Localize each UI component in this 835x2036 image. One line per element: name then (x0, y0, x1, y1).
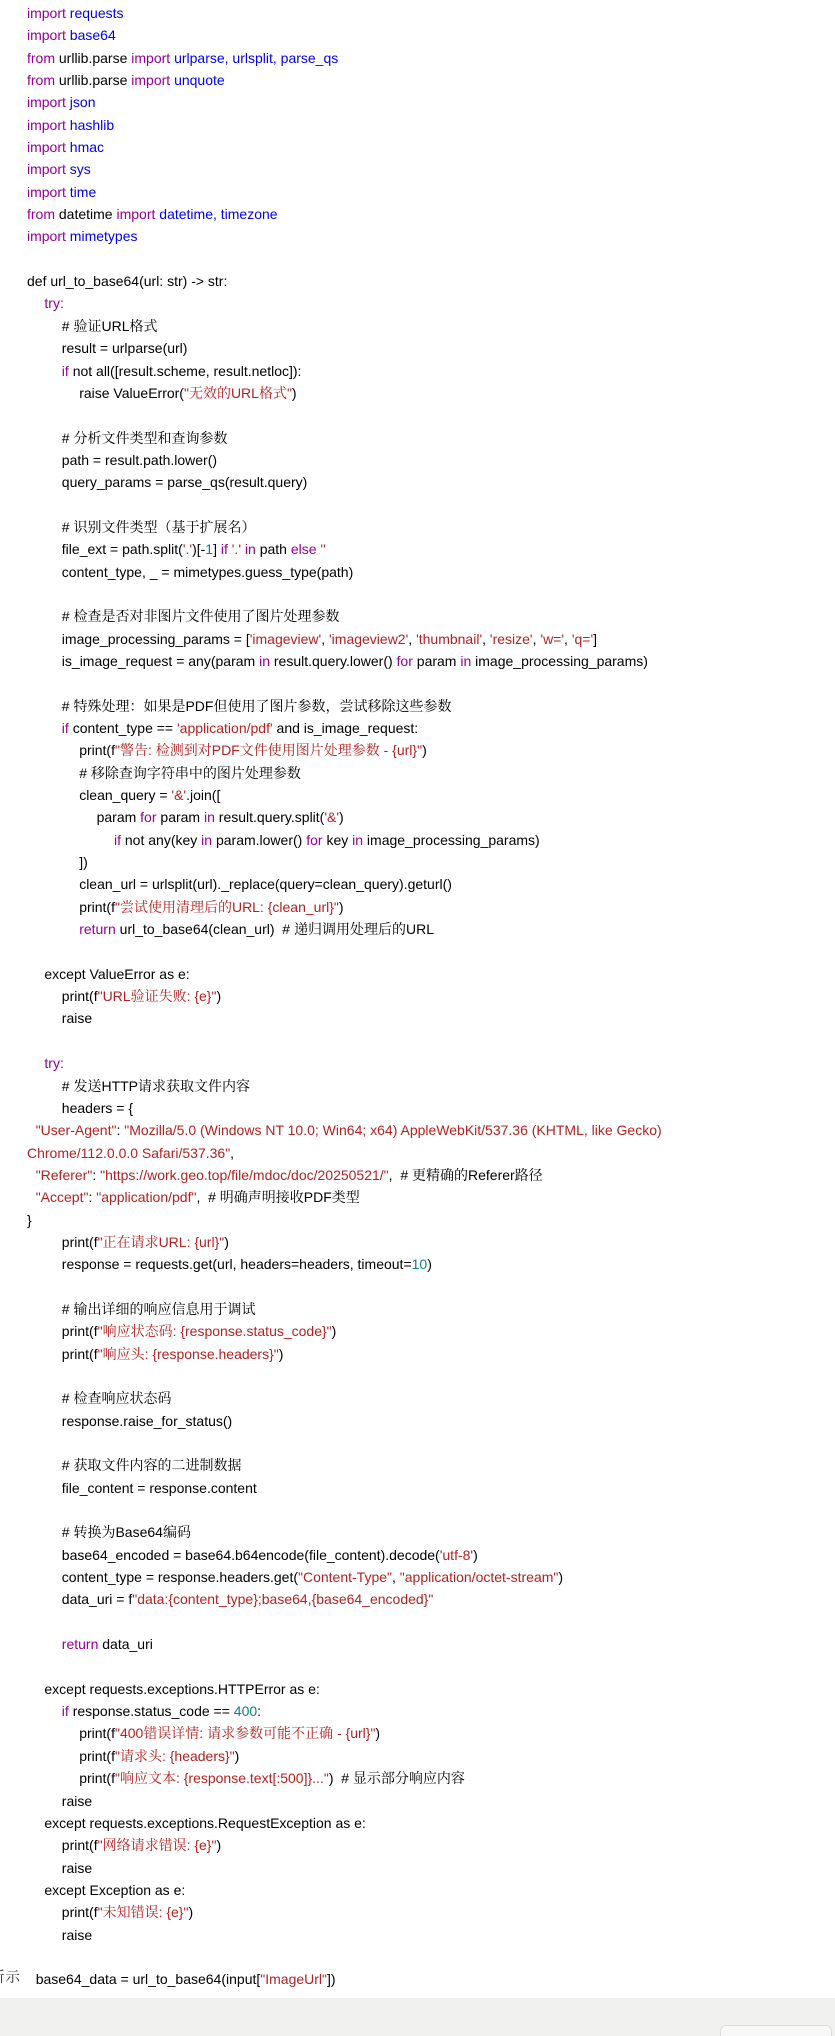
code-line: raise (0, 1857, 835, 1879)
code-token: print(f (79, 899, 115, 915)
code-token: datetime (59, 206, 117, 222)
code-blank-line (0, 1499, 835, 1521)
code-token: 'utf-8' (440, 1547, 473, 1563)
code-token: in (204, 809, 219, 825)
code-token: clean_url = urlsplit(url)._replace(query… (79, 876, 452, 892)
code-token: ) (188, 1904, 193, 1920)
code-line: ]) (0, 851, 835, 873)
code-token: print(f (62, 1234, 98, 1250)
code-token: path (260, 541, 291, 557)
code-token: in (201, 832, 216, 848)
code-line: import mimetypes (0, 225, 835, 247)
code-token: "User-Agent" (36, 1122, 117, 1138)
code-token: , (230, 1145, 234, 1161)
code-token: , (482, 631, 490, 647)
code-token: from (27, 50, 59, 66)
code-line: import hmac (0, 136, 835, 158)
code-token: ) (339, 809, 344, 825)
code-line: file_content = response.content (0, 1477, 835, 1499)
code-token: datetime, timezone (159, 206, 277, 222)
code-token: ) (473, 1547, 478, 1563)
code-line: from urllib.parse import unquote (0, 69, 835, 91)
code-token: not all([result.scheme, result.netloc]): (73, 363, 302, 379)
code-token: .join([ (186, 787, 220, 803)
code-token: } (27, 1212, 32, 1228)
code-token: ) (216, 1837, 221, 1853)
code-token: if (62, 363, 73, 379)
code-line: result = urlparse(url) (0, 337, 835, 359)
code-blank-line (0, 1276, 835, 1298)
code-token: ) (279, 1346, 284, 1362)
code-line: # 转换为Base64编码 (0, 1521, 835, 1543)
code-token: content_type == (73, 720, 177, 736)
code-token: print(f (62, 1837, 98, 1853)
code-token: '.' (183, 541, 192, 557)
code-blank-line (0, 1611, 835, 1633)
code-line: # 特殊处理：如果是PDF但使用了图片参数，尝试移除这些参数 (0, 695, 835, 717)
code-line: print(f"URL验证失败: {e}") (0, 985, 835, 1007)
code-token: ) (339, 899, 344, 915)
code-token: "application/pdf" (96, 1189, 196, 1205)
code-token: # 验证URL格式 (62, 318, 158, 334)
code-token: # 发送HTTP请求获取文件内容 (62, 1078, 250, 1094)
code-line: base64_data = url_to_base64(input["Image… (0, 1968, 835, 1990)
code-token: hashlib (70, 117, 114, 133)
code-token: 10 (412, 1256, 428, 1272)
code-token: except requests.exceptions.RequestExcept… (44, 1815, 365, 1831)
code-token: result = urlparse(url) (62, 340, 188, 356)
clipped-caption-text: 所示 (0, 1966, 21, 1987)
code-token: ) (375, 1725, 380, 1741)
code-token: ) # 显示部分响应内容 (329, 1770, 465, 1786)
code-token: in (241, 541, 260, 557)
code-line: raise (0, 1924, 835, 1946)
code-line: import time (0, 181, 835, 203)
code-token: "响应头: {response.headers}" (98, 1346, 279, 1362)
code-line: if not any(key in param.lower() for key … (0, 829, 835, 851)
code-token: # 转换为Base64编码 (62, 1524, 191, 1540)
code-token: data_uri (102, 1636, 153, 1652)
code-blank-line (0, 583, 835, 605)
code-token: hmac (70, 139, 104, 155)
code-token: , (321, 631, 329, 647)
code-line: response.raise_for_status() (0, 1410, 835, 1432)
code-token: import (27, 94, 70, 110)
code-line: import base64 (0, 24, 835, 46)
code-line: try: (0, 292, 835, 314)
code-token: response.status_code == (73, 1703, 234, 1719)
code-blank-line (0, 1030, 835, 1052)
code-token: "Referer" (36, 1167, 93, 1183)
code-blank-line (0, 672, 835, 694)
code-line: if content_type == 'application/pdf' and… (0, 717, 835, 739)
code-token: 'imageview' (250, 631, 321, 647)
code-token: ) (422, 742, 427, 758)
code-token: ) (332, 1323, 337, 1339)
code-line: "Referer": "https://work.geo.top/file/md… (0, 1164, 835, 1186)
code-token: query_params = parse_qs(result.query) (62, 474, 308, 490)
code-token: else (291, 541, 321, 557)
code-line: print(f"正在请求URL: {url}") (0, 1231, 835, 1253)
code-line: return data_uri (0, 1633, 835, 1655)
code-token: in (259, 653, 274, 669)
code-line: data_uri = f"data:{content_type};base64,… (0, 1588, 835, 1610)
code-token: 400 (234, 1703, 257, 1719)
code-line: # 验证URL格式 (0, 315, 835, 337)
code-line: file_ext = path.split('.')[-1] if '.' in… (0, 538, 835, 560)
code-line: base64_encoded = base64.b64encode(file_c… (0, 1544, 835, 1566)
code-token: return (62, 1636, 102, 1652)
code-line: content_type = response.headers.get("Con… (0, 1566, 835, 1588)
code-token: # 检查是否对非图片文件使用了图片处理参数 (62, 608, 340, 624)
code-token: if (221, 541, 232, 557)
code-blank-line (0, 494, 835, 516)
footer-gray-bar (0, 1998, 835, 2036)
code-token: import (27, 5, 70, 21)
code-line: # 获取文件内容的二进制数据 (0, 1454, 835, 1476)
code-token: requests (70, 5, 124, 21)
code-token: 'imageview2' (329, 631, 408, 647)
code-line: return url_to_base64(clean_url) # 递归调用处理… (0, 918, 835, 940)
code-token: base64 (70, 27, 116, 43)
code-token: in (460, 653, 475, 669)
code-token: import (27, 161, 70, 177)
code-line: headers = { (0, 1097, 835, 1119)
code-token: image_processing_params) (367, 832, 540, 848)
code-blank-line (0, 1655, 835, 1677)
code-token: sys (70, 161, 91, 177)
code-line: from urllib.parse import urlparse, urlsp… (0, 47, 835, 69)
code-token: and is_image_request: (273, 720, 419, 736)
code-token: '.' (232, 541, 241, 557)
code-token: base64_encoded = base64.b64encode(file_c… (62, 1547, 440, 1563)
code-token: print(f (62, 1346, 98, 1362)
code-token: if (62, 720, 73, 736)
code-token: # 分析文件类型和查询参数 (62, 430, 228, 446)
code-line: image_processing_params = ['imageview', … (0, 628, 835, 650)
code-token: print(f (79, 1725, 115, 1741)
code-line: try: (0, 1052, 835, 1074)
code-token: base64_data = url_to_base64(input[ (36, 1971, 261, 1987)
code-token: return (79, 921, 119, 937)
code-token: "未知错误: {e}" (98, 1904, 189, 1920)
code-line: # 移除查询字符串中的图片处理参数 (0, 762, 835, 784)
code-line: import hashlib (0, 114, 835, 136)
code-token: "正在请求URL: {url}" (98, 1234, 225, 1250)
code-token: 1 (205, 541, 213, 557)
code-token: # 识别文件类型（基于扩展名） (62, 519, 256, 535)
code-token: ) (292, 385, 297, 401)
code-line: import json (0, 91, 835, 113)
code-token: except Exception as e: (44, 1882, 185, 1898)
code-token: result.query.split( (219, 809, 325, 825)
code-token: import (27, 228, 70, 244)
code-token: not any(key (125, 832, 201, 848)
code-line: # 输出详细的响应信息用于调试 (0, 1298, 835, 1320)
code-line: # 检查是否对非图片文件使用了图片处理参数 (0, 605, 835, 627)
code-token: time (70, 184, 96, 200)
code-line: except requests.exceptions.HTTPError as … (0, 1678, 835, 1700)
code-token: 'q=' (572, 631, 593, 647)
code-line: is_image_request = any(param in result.q… (0, 650, 835, 672)
code-token: import (27, 184, 70, 200)
code-token: print(f (79, 742, 115, 758)
code-line: except ValueError as e: (0, 963, 835, 985)
code-token: "无效的URL格式" (184, 385, 292, 401)
code-token: import (131, 50, 174, 66)
code-token: "网络请求错误: {e}" (98, 1837, 217, 1853)
code-token: )[- (192, 541, 205, 557)
code-line: print(f"400错误详情: 请求参数可能不正确 - {url}") (0, 1722, 835, 1744)
code-token: print(f (62, 1323, 98, 1339)
code-token: raise (62, 1860, 92, 1876)
code-token: data_uri = f (62, 1591, 132, 1607)
code-token: for (140, 809, 160, 825)
code-token: param.lower() (216, 832, 306, 848)
code-token: ) (558, 1569, 563, 1585)
code-token: content_type = response.headers.get( (62, 1569, 298, 1585)
code-line: print(f"未知错误: {e}") (0, 1901, 835, 1923)
code-token: import (131, 72, 174, 88)
code-token: raise (62, 1927, 92, 1943)
code-line: content_type, _ = mimetypes.guess_type(p… (0, 561, 835, 583)
code-token: 'thumbnail' (416, 631, 482, 647)
code-token: url_to_base64(clean_url) # 递归调用处理后的URL (120, 921, 434, 937)
code-token: response = requests.get(url, headers=hea… (62, 1256, 412, 1272)
code-blank-line (0, 404, 835, 426)
code-line: print(f"请求头: {headers}") (0, 1745, 835, 1767)
code-line: # 检查响应状态码 (0, 1387, 835, 1409)
code-line: print(f"尝试使用清理后的URL: {clean_url}") (0, 896, 835, 918)
code-line: def url_to_base64(url: str) -> str: (0, 270, 835, 292)
code-line: Chrome/112.0.0.0 Safari/537.36", (0, 1142, 835, 1164)
code-token: urllib.parse (59, 72, 131, 88)
code-token: print(f (79, 1748, 115, 1764)
code-token: import (27, 139, 70, 155)
code-token: print(f (79, 1770, 115, 1786)
code-line: clean_query = '&'.join([ (0, 784, 835, 806)
code-token: 'application/pdf' (177, 720, 273, 736)
code-token: : (92, 1167, 100, 1183)
code-token: '' (320, 541, 325, 557)
code-token: except requests.exceptions.HTTPError as … (44, 1681, 319, 1697)
code-token: file_ext = path.split( (62, 541, 183, 557)
code-line: # 分析文件类型和查询参数 (0, 427, 835, 449)
code-token: key (326, 832, 352, 848)
code-token: '&' (171, 787, 186, 803)
code-token: path = result.path.lower() (62, 452, 217, 468)
code-token: mimetypes (70, 228, 138, 244)
code-block: import requestsimport base64from urllib.… (0, 2, 835, 1991)
code-token: param (417, 653, 461, 669)
code-line: import requests (0, 2, 835, 24)
code-token: "ImageUrl" (260, 1971, 327, 1987)
code-token: # 移除查询字符串中的图片处理参数 (79, 765, 301, 781)
code-blank-line (0, 1365, 835, 1387)
code-line: print(f"响应头: {response.headers}") (0, 1343, 835, 1365)
code-token: print(f (62, 1904, 98, 1920)
code-blank-line (0, 1946, 835, 1968)
code-token: "Content-Type" (298, 1569, 392, 1585)
code-token: "https://work.geo.top/file/mdoc/doc/2025… (100, 1167, 389, 1183)
code-blank-line (0, 1432, 835, 1454)
code-token: ]) (327, 1971, 336, 1987)
code-token: "警告: 检测到对PDF文件使用图片处理参数 - {url}" (115, 742, 422, 758)
code-token: is_image_request = any(param (62, 653, 259, 669)
code-token: ] (593, 631, 597, 647)
code-token: "尝试使用清理后的URL: {clean_url}" (115, 899, 339, 915)
code-token: , # 更精确的Referer路径 (389, 1167, 543, 1183)
code-token: 'resize' (490, 631, 533, 647)
code-token: ) (224, 1234, 229, 1250)
code-token: except ValueError as e: (44, 966, 189, 982)
code-token: def url_to_base64(url: str) -> str: (27, 273, 227, 289)
code-line: raise ValueError("无效的URL格式") (0, 382, 835, 404)
code-token: '&' (324, 809, 339, 825)
code-line: raise (0, 1790, 835, 1812)
code-token: # 输出详细的响应信息用于调试 (62, 1301, 256, 1317)
bottom-right-button-edge[interactable] (720, 2025, 832, 2036)
code-line: query_params = parse_qs(result.query) (0, 471, 835, 493)
code-token: import (116, 206, 159, 222)
code-token: try: (44, 1055, 63, 1071)
code-token: "Mozilla/5.0 (Windows NT 10.0; Win64; x6… (124, 1122, 661, 1138)
code-token: headers = { (62, 1100, 133, 1116)
code-line: path = result.path.lower() (0, 449, 835, 471)
code-token: # 获取文件内容的二进制数据 (62, 1457, 242, 1473)
code-token: ] (213, 541, 221, 557)
code-line: # 识别文件类型（基于扩展名） (0, 516, 835, 538)
code-line: clean_url = urlsplit(url)._replace(query… (0, 873, 835, 895)
code-token: from (27, 72, 59, 88)
code-line: print(f"警告: 检测到对PDF文件使用图片处理参数 - {url}") (0, 739, 835, 761)
code-token: # 检查响应状态码 (62, 1390, 172, 1406)
code-token: json (70, 94, 96, 110)
code-token: import (27, 27, 70, 43)
code-line: except Exception as e: (0, 1879, 835, 1901)
code-line: import sys (0, 158, 835, 180)
code-token: # 特殊处理：如果是PDF但使用了图片参数，尝试移除这些参数 (62, 698, 452, 714)
code-token: for (306, 832, 326, 848)
code-token: Chrome/112.0.0.0 Safari/537.36" (27, 1145, 230, 1161)
code-token: clean_query = (79, 787, 171, 803)
code-token: response.raise_for_status() (62, 1413, 232, 1429)
code-token: raise ValueError( (79, 385, 184, 401)
code-line: if not all([result.scheme, result.netloc… (0, 360, 835, 382)
code-token: ]) (79, 854, 88, 870)
code-token: in (352, 832, 367, 848)
code-token: "请求头: {headers}" (115, 1748, 235, 1764)
code-token: urllib.parse (59, 50, 131, 66)
code-token: content_type, _ = mimetypes.guess_type(p… (62, 564, 353, 580)
code-token: "Accept" (36, 1189, 89, 1205)
code-token: "URL验证失败: {e}" (98, 988, 217, 1004)
code-line: print(f"响应状态码: {response.status_code}") (0, 1320, 835, 1342)
code-token: import (27, 117, 70, 133)
code-token: for (397, 653, 417, 669)
code-line: except requests.exceptions.RequestExcept… (0, 1812, 835, 1834)
code-token: , (564, 631, 572, 647)
code-token: image_processing_params) (475, 653, 648, 669)
code-token: ) (427, 1256, 432, 1272)
code-token: raise (62, 1010, 92, 1026)
code-token: ) (216, 988, 221, 1004)
code-token: unquote (174, 72, 225, 88)
code-token: if (62, 1703, 73, 1719)
code-line: raise (0, 1007, 835, 1029)
code-token: if (114, 832, 125, 848)
code-token: urlparse, urlsplit, parse_qs (174, 50, 338, 66)
code-token: 'w=' (540, 631, 564, 647)
code-token: , (392, 1569, 400, 1585)
code-token: from (27, 206, 59, 222)
code-line: # 发送HTTP请求获取文件内容 (0, 1075, 835, 1097)
code-token: "400错误详情: 请求参数可能不正确 - {url}" (115, 1725, 375, 1741)
code-line: "User-Agent": "Mozilla/5.0 (Windows NT 1… (0, 1119, 835, 1141)
code-token: raise (62, 1793, 92, 1809)
code-line: if response.status_code == 400: (0, 1700, 835, 1722)
code-blank-line (0, 940, 835, 962)
code-token: ) (235, 1748, 240, 1764)
code-token: try: (44, 295, 63, 311)
code-token: "data:{content_type};base64,{base64_enco… (132, 1591, 433, 1607)
code-line: from datetime import datetime, timezone (0, 203, 835, 225)
code-token: result.query.lower() (274, 653, 397, 669)
code-token: file_content = response.content (62, 1480, 257, 1496)
code-line: param for param in result.query.split('&… (0, 806, 835, 828)
code-token: print(f (62, 988, 98, 1004)
code-line: print(f"网络请求错误: {e}") (0, 1834, 835, 1856)
code-line: response = requests.get(url, headers=hea… (0, 1253, 835, 1275)
code-token: : (257, 1703, 261, 1719)
code-token: "响应状态码: {response.status_code}" (98, 1323, 332, 1339)
code-token: , (408, 631, 416, 647)
code-token: "响应文本: {response.text[:500]}..." (115, 1770, 329, 1786)
code-token: , # 明确声明接收PDF类型 (196, 1189, 359, 1205)
code-line: } (0, 1209, 835, 1231)
code-line: "Accept": "application/pdf", # 明确声明接收PDF… (0, 1186, 835, 1208)
code-token: "application/octet-stream" (400, 1569, 559, 1585)
code-token: image_processing_params = [ (62, 631, 250, 647)
code-blank-line (0, 248, 835, 270)
code-token: param (160, 809, 204, 825)
code-line: print(f"响应文本: {response.text[:500]}...")… (0, 1767, 835, 1789)
code-token: param (97, 809, 141, 825)
